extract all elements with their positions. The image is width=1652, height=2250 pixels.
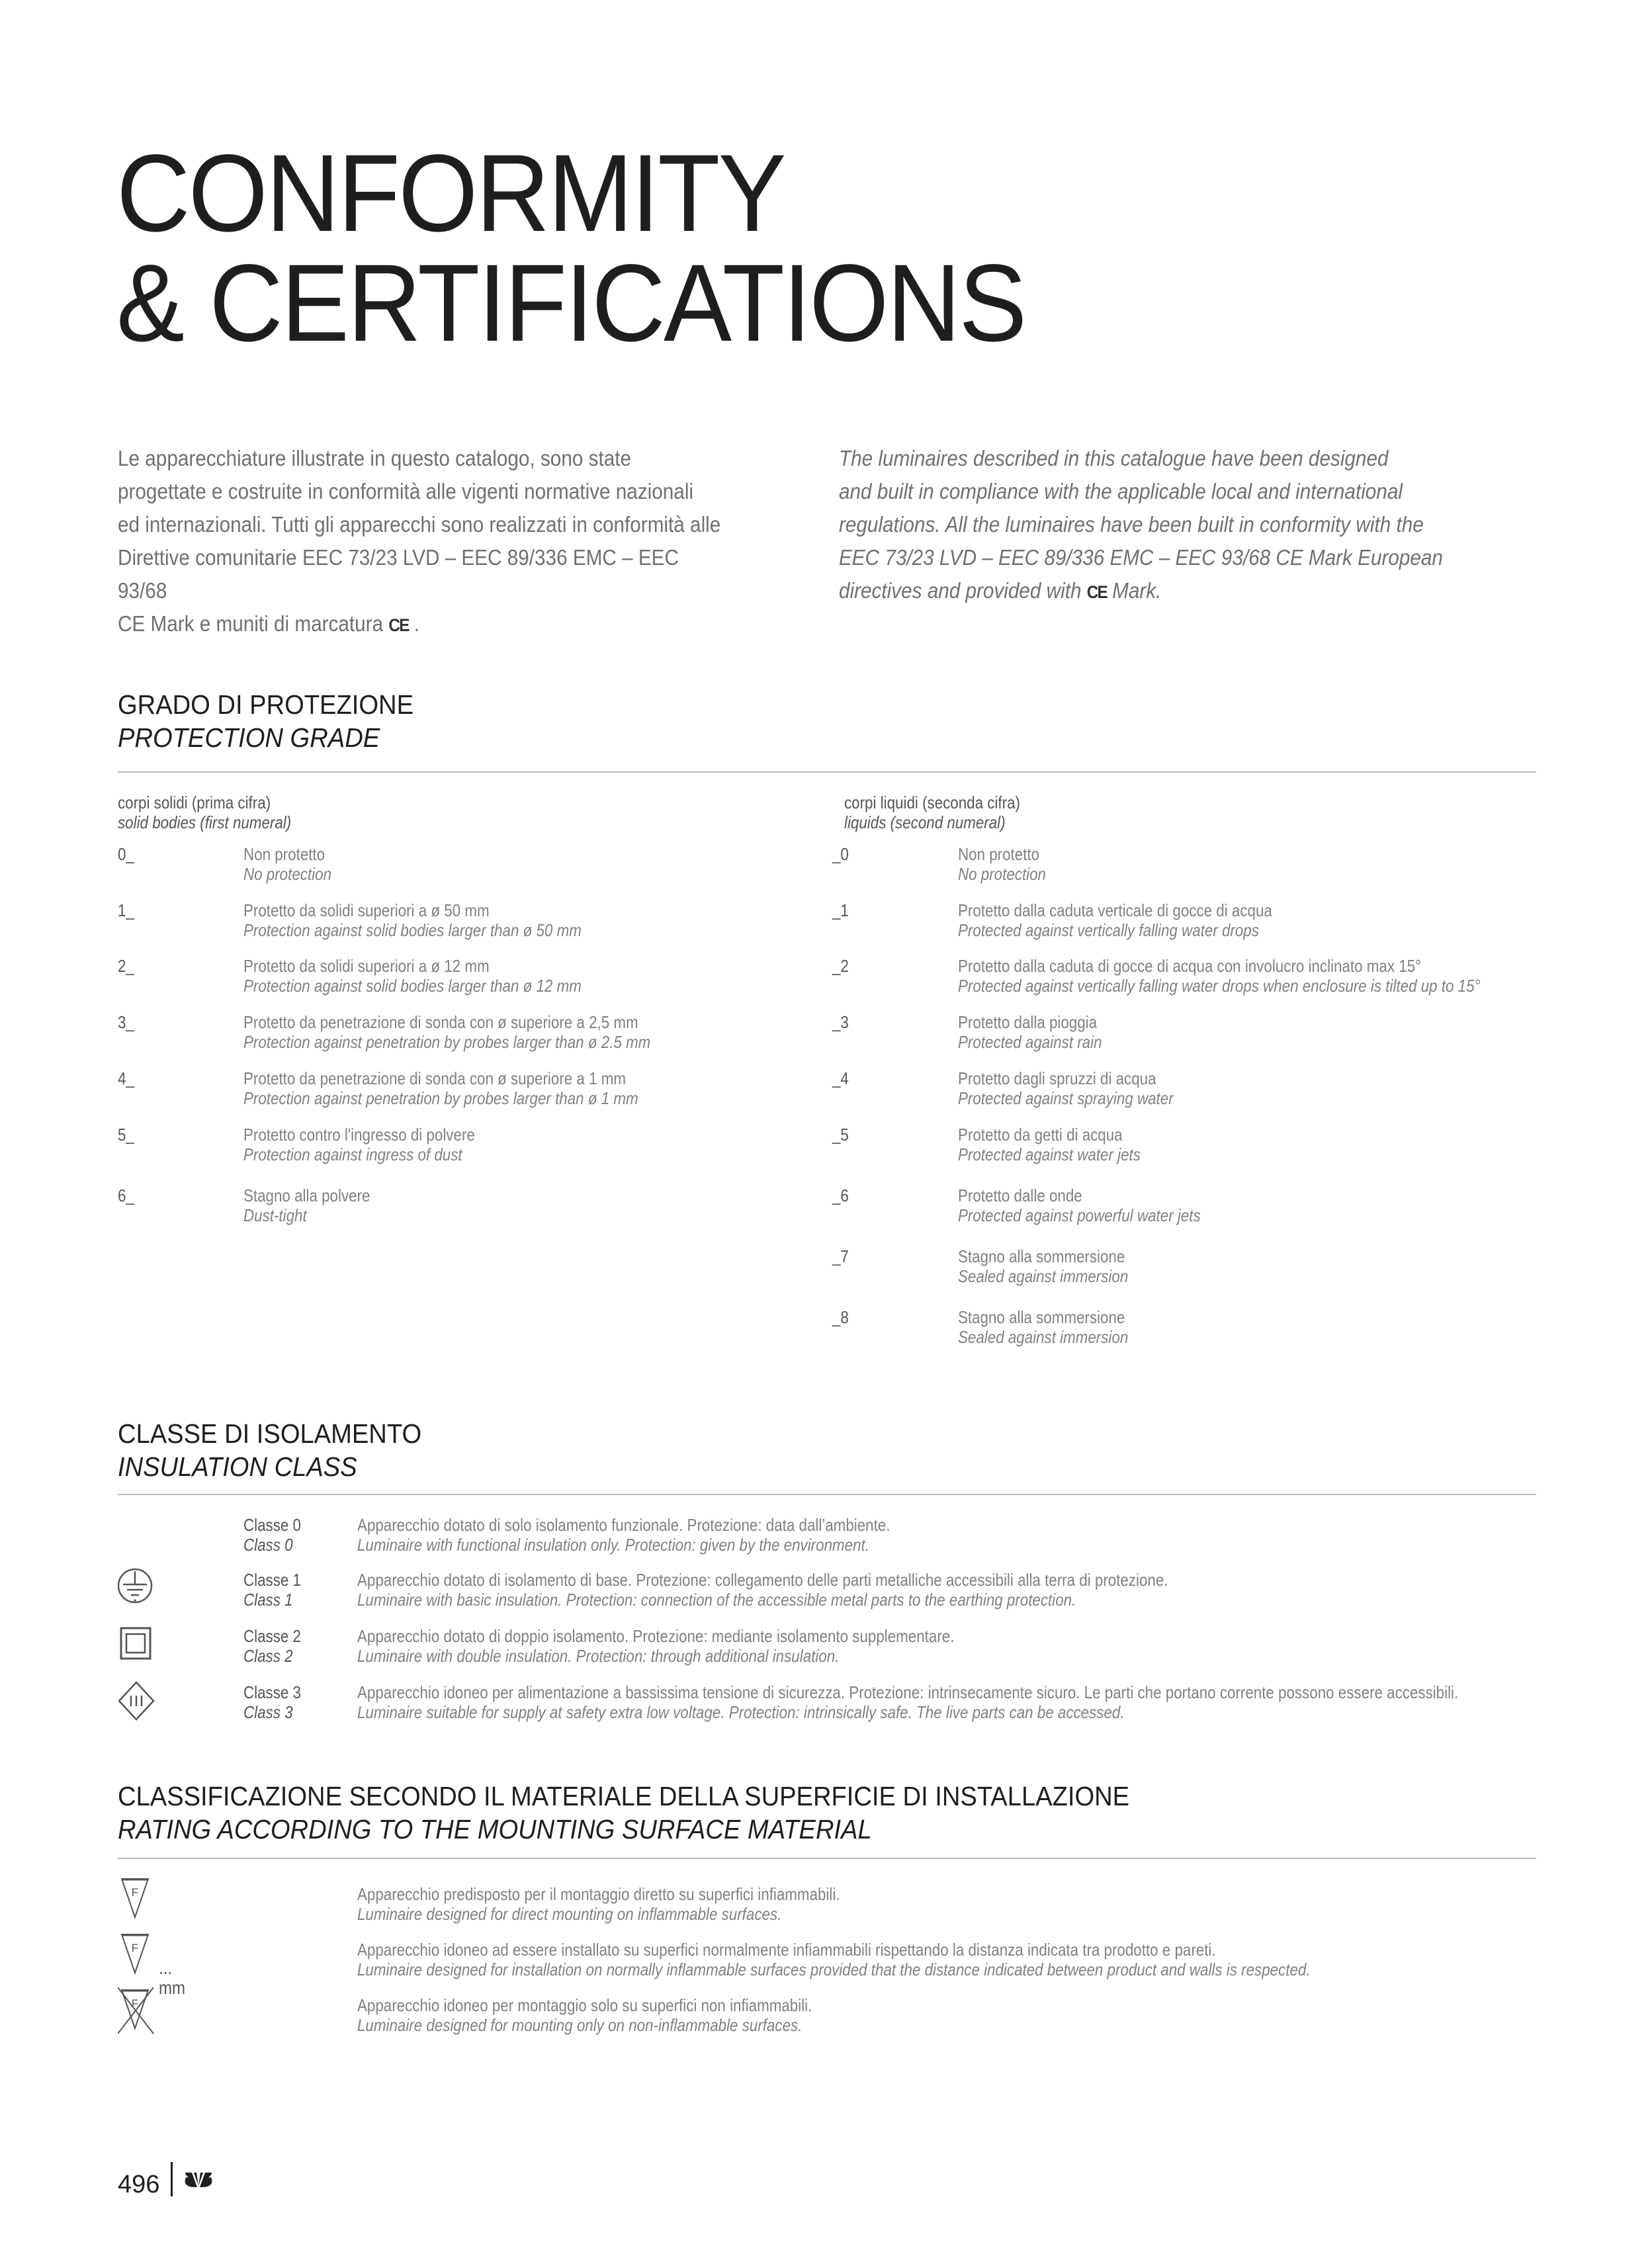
protection-heading-en: PROTECTION GRADE [118,721,1437,754]
ip-code: _6 [832,1186,849,1205]
ip-description-it: Non protetto [243,844,331,864]
mounting-row: F... mmApparecchio idoneo ad essere inst… [118,1932,1536,1985]
intro-it-line: CE Mark e muniti di marcatura CE . [118,607,731,642]
mounting-description: Apparecchio idoneo ad essere installato … [357,1940,1311,1979]
brand-logo-icon [184,2170,213,2190]
divider [118,1494,1536,1495]
ip-description: Stagno alla polvereDust-tight [243,1186,370,1225]
ip-description: Stagno alla sommersioneSealed against im… [958,1246,1128,1286]
intro-it-last: CE Mark e muniti di marcatura [118,611,383,636]
mounting-description-it: Apparecchio predisposto per il montaggio… [357,1884,840,1904]
ip-code: 4_ [118,1068,134,1088]
ip-description-it: Protetto dalla caduta di gocce di acqua … [958,956,1480,976]
mounting-description-en: Luminaire designed for direct mounting o… [357,1904,840,1924]
ip-code: 0_ [118,844,134,864]
ip-description-en: Protection against solid bodies larger t… [243,976,582,996]
ip-description-en: No protection [243,864,331,884]
ip-code: _4 [832,1068,849,1088]
protection-heading: GRADO DI PROTEZIONE PROTECTION GRADE [118,688,1536,754]
ip-description-it: Stagno alla polvere [243,1186,370,1205]
svg-text:F: F [132,1886,138,1899]
ip-description-it: Protetto dalla pioggia [958,1012,1102,1032]
ip-description-en: No protection [958,864,1046,884]
ip-description-en: Protection against ingress of dust [243,1145,475,1164]
insulation-description-it: Apparecchio dotato di solo isolamento fu… [357,1515,890,1535]
liquids-label-en: liquids (second numeral) [844,812,1020,832]
insulation-class-it: Classe 3 [243,1682,301,1702]
liquids-column-label: corpi liquidi (seconda cifra) liquids (s… [844,793,1020,832]
ip-description: Protetto dalla caduta verticale di gocce… [958,900,1272,940]
ip-description-en: Sealed against immersion [958,1327,1128,1347]
ip-description: Protetto dalla pioggiaProtected against … [958,1012,1102,1052]
f-triangle-crossed-icon: F [118,1987,204,2040]
insulation-class-it: Classe 1 [243,1570,301,1590]
ip-code: 5_ [118,1125,134,1145]
insulation-class-en: Class 0 [243,1535,301,1555]
intro-en-line: The luminaires described in this catalog… [839,442,1452,475]
mounting-heading-it: CLASSIFICAZIONE SECONDO IL MATERIALE DEL… [118,1780,1437,1813]
intro-english: The luminaires described in this catalog… [839,442,1452,609]
insulation-class-it: Classe 0 [243,1515,301,1535]
protection-heading-it: GRADO DI PROTEZIONE [118,688,1437,721]
insulation-row: Classe 0Class 0Apparecchio dotato di sol… [118,1515,1536,1555]
insulation-class-it: Classe 2 [243,1626,301,1646]
svg-text:F: F [132,1942,138,1954]
intro-it-tail: . [414,611,419,636]
intro-en-line: and built in compliance with the applica… [839,475,1452,508]
insulation-description: Apparecchio dotato di isolamento di base… [357,1570,1168,1610]
ip-code: 3_ [118,1012,134,1032]
insulation-class-en: Class 2 [243,1646,301,1666]
ip-code: _5 [832,1125,849,1145]
selv-class3-icon [118,1681,157,1721]
ip-description-it: Protetto da solidi superiori a ø 50 mm [243,900,582,920]
mounting-heading: CLASSIFICAZIONE SECONDO IL MATERIALE DEL… [118,1780,1536,1846]
ip-description-en: Protection against solid bodies larger t… [243,920,582,940]
insulation-class: Classe 0Class 0 [243,1515,301,1555]
insulation-description-en: Luminaire with functional insulation onl… [357,1535,890,1555]
solids-label-it: corpi solidi (prima cifra) [118,793,291,812]
insulation-description-it: Apparecchio idoneo per alimentazione a b… [357,1682,1458,1702]
ip-description-it: Protetto da getti di acqua [958,1125,1141,1145]
mounting-heading-en: RATING ACCORDING TO THE MOUNTING SURFACE… [118,1813,1437,1846]
ip-description-it: Protetto contro l'ingresso di polvere [243,1125,475,1145]
divider [118,1858,1536,1859]
ip-description-it: Protetto dagli spruzzi di acqua [958,1068,1174,1088]
ip-description-it: Stagno alla sommersione [958,1307,1128,1327]
insulation-class: Classe 1Class 1 [243,1570,301,1610]
intro-en-last: directives and provided with [839,578,1081,603]
mounting-row: FApparecchio predisposto per il montaggi… [118,1876,1536,1929]
insulation-description-en: Luminaire with basic insulation. Protect… [357,1590,1168,1610]
ip-description-en: Protected against rain [958,1032,1102,1052]
page-title-line1: CONFORMITY [116,139,1025,249]
mounting-description: Apparecchio idoneo per montaggio solo su… [357,1995,812,2035]
ip-description: Protetto da solidi superiori a ø 12 mmPr… [243,956,582,996]
page-title-line2: & CERTIFICATIONS [116,249,1025,359]
mounting-description-it: Apparecchio idoneo ad essere installato … [357,1940,1311,1960]
insulation-row: Classe 2Class 2Apparecchio dotato di dop… [118,1626,1536,1666]
insulation-row: Classe 3Class 3Apparecchio idoneo per al… [118,1682,1536,1722]
footer-separator [171,2162,173,2196]
insulation-description-it: Apparecchio dotato di isolamento di base… [357,1570,1168,1590]
ip-description-it: Non protetto [958,844,1046,864]
ip-description: Protetto dalle ondeProtected against pow… [958,1186,1201,1225]
ip-description-it: Stagno alla sommersione [958,1246,1128,1266]
f-triangle-icon: F [118,1876,204,1929]
ip-description-en: Dust-tight [243,1205,370,1225]
ip-description-en: Protection against penetration by probes… [243,1032,650,1052]
insulation-description-en: Luminaire with double insulation. Protec… [357,1646,954,1666]
intro-it-line: ed internazionali. Tutti gli apparecchi … [118,508,731,541]
ip-description: Stagno alla sommersioneSealed against im… [958,1307,1128,1347]
ip-description-en: Protected against powerful water jets [958,1205,1201,1225]
intro-it-line: progettate e costruite in conformità all… [118,475,731,508]
solids-label-en: solid bodies (first numeral) [118,812,291,832]
intro-en-line: regulations. All the luminaires have bee… [839,508,1452,541]
ip-description-en: Protected against spraying water [958,1088,1174,1108]
liquids-label-it: corpi liquidi (seconda cifra) [844,793,1020,812]
insulation-description: Apparecchio dotato di solo isolamento fu… [357,1515,890,1555]
insulation-description: Apparecchio idoneo per alimentazione a b… [357,1682,1458,1722]
ip-code: 6_ [118,1186,134,1205]
ip-description-it: Protetto dalle onde [958,1186,1201,1205]
intro-en-line: EEC 73/23 LVD – EEC 89/336 EMC – EEC 93/… [839,541,1452,574]
ip-code: _0 [832,844,849,864]
ip-description: Protetto contro l'ingresso di polverePro… [243,1125,475,1164]
mounting-row: FApparecchio idoneo per montaggio solo s… [118,1987,1536,2040]
ip-description-it: Protetto da penetrazione di sonda con ø … [243,1068,638,1088]
ip-code: _2 [832,956,849,976]
insulation-heading-it: CLASSE DI ISOLAMENTO [118,1417,1437,1450]
ip-code: _8 [832,1307,849,1327]
intro-italian: Le apparecchiature illustrate in questo … [118,442,731,642]
divider [118,771,1536,773]
intro-it-line: Le apparecchiature illustrate in questo … [118,442,731,475]
ip-description: Non protettoNo protection [243,844,331,884]
ip-description: Protetto da solidi superiori a ø 50 mmPr… [243,900,582,940]
insulation-class-en: Class 1 [243,1590,301,1610]
ip-code: _1 [832,900,849,920]
ip-description-en: Protected against water jets [958,1145,1141,1164]
ip-description-en: Protected against vertically falling wat… [958,976,1480,996]
ip-code: 2_ [118,956,134,976]
ip-description: Protetto dagli spruzzi di acquaProtected… [958,1068,1174,1108]
ip-code: _3 [832,1012,849,1032]
double-insulation-icon [118,1626,157,1666]
insulation-class: Classe 2Class 2 [243,1626,301,1666]
page-number: 496 [118,2171,159,2198]
insulation-description: Apparecchio dotato di doppio isolamento.… [357,1626,954,1666]
ip-description-en: Protected against vertically falling wat… [958,920,1272,940]
ip-code: 1_ [118,900,134,920]
intro-en-tail: Mark. [1112,578,1161,603]
insulation-class-en: Class 3 [243,1702,301,1722]
insulation-class: Classe 3Class 3 [243,1682,301,1722]
ip-description-it: Protetto dalla caduta verticale di gocce… [958,900,1272,920]
ip-description-en: Protection against penetration by probes… [243,1088,638,1108]
ce-mark-icon: CE [388,615,408,635]
intro-en-line: directives and provided with CE Mark. [839,574,1452,609]
insulation-description-it: Apparecchio dotato di doppio isolamento.… [357,1626,954,1646]
ip-description: Protetto da penetrazione di sonda con ø … [243,1068,638,1108]
ip-description: Protetto da getti di acquaProtected agai… [958,1125,1141,1164]
ce-mark-icon: CE [1087,582,1107,602]
mounting-description-it: Apparecchio idoneo per montaggio solo su… [357,1995,812,2015]
ip-description: Protetto dalla caduta di gocce di acqua … [958,956,1480,996]
intro-it-line: Direttive comunitarie EEC 73/23 LVD – EE… [118,541,731,607]
mounting-description-en: Luminaire designed for installation on n… [357,1960,1311,1979]
insulation-heading-en: INSULATION CLASS [118,1450,1437,1483]
ip-description-en: Sealed against immersion [958,1266,1128,1286]
ip-code: _7 [832,1246,849,1266]
solids-column-label: corpi solidi (prima cifra) solid bodies … [118,793,291,832]
f-triangle-distance-icon: F... mm [118,1932,204,1985]
insulation-description-en: Luminaire suitable for supply at safety … [357,1702,1458,1722]
earth-ground-icon [118,1567,157,1607]
page-title: CONFORMITY & CERTIFICATIONS [116,139,1025,359]
ip-description: Non protettoNo protection [958,844,1046,884]
mounting-description-en: Luminaire designed for mounting only on … [357,2015,812,2035]
ip-description-it: Protetto da penetrazione di sonda con ø … [243,1012,650,1032]
mounting-description: Apparecchio predisposto per il montaggio… [357,1884,840,1924]
insulation-heading: CLASSE DI ISOLAMENTO INSULATION CLASS [118,1417,1536,1483]
ip-description: Protetto da penetrazione di sonda con ø … [243,1012,650,1052]
ip-description-it: Protetto da solidi superiori a ø 12 mm [243,956,582,976]
insulation-row: Classe 1Class 1Apparecchio dotato di iso… [118,1570,1536,1610]
